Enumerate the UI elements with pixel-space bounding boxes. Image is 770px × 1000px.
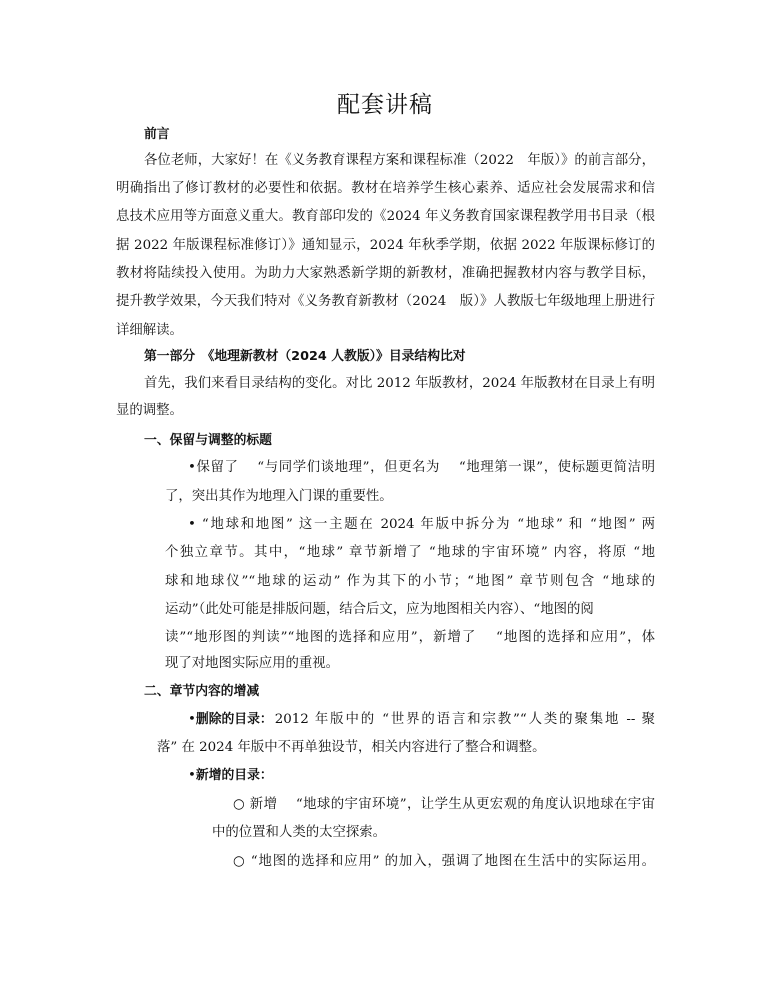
paragraph-line: 显的调整。 [116, 401, 183, 421]
paragraph-line: 息技术应用等方面意义重大。教育部印发的《2024 年义务教育国家课程教学用书目录… [116, 207, 655, 227]
document-page: 配套讲稿 前言 各位老师，大家好！在《义务教育课程方案和课程标准（2022 年版… [0, 0, 770, 1000]
paragraph-line: 首先，我们来看目录结构的变化。对比 2012 年版教材，2024 年版教材在目录… [144, 374, 655, 394]
nested-list-item-line: ○ “地图的选择和应用” 的加入，强调了地图在生活中的实际运用。 [233, 852, 655, 872]
paragraph-line: 据 2022 年版课程标准修订）》通知显示，2024 年秋季学期，依据 2022… [116, 236, 655, 256]
nested-list-item-line: 中的位置和人类的太空探索。 [212, 823, 386, 843]
list-item-line: 球和地球仪”“地球的运动” 作为其下的小节；“地图” 章节则包含 “地球的 [165, 572, 655, 592]
section1-heading: 一、保留与调整的标题 [144, 431, 272, 451]
list-item-line: 现了对地图实际应用的重视。 [165, 654, 339, 674]
list-item-line: • “地球和地图” 这一主题在 2024 年版中拆分为 “地球” 和 “地图” … [188, 515, 655, 535]
list-item-line: 落” 在 2024 年版中不再单独设节，相关内容进行了整合和调整。 [157, 738, 545, 758]
deleted-text: 2012 年版中的 “世界的语言和宗教”“人类的聚集地 -- 聚 [275, 710, 655, 730]
section2-heading: 二、章节内容的增减 [144, 682, 259, 702]
list-item-line: •保留了 “与同学们谈地理”，但更名为 “地理第一课”，使标题更简洁明 [188, 458, 655, 478]
paragraph-line: 教材将陆续投入使用。为助力大家熟悉新学期的新教材，准确把握教材内容与教学目标， [116, 264, 655, 284]
preface-heading: 前言 [144, 125, 170, 145]
bullet-icon: • [188, 710, 196, 730]
list-item-line: 读”“地形图的判读”“地图的选择和应用”，新增了 “地图的选择和应用”，体 [165, 628, 655, 648]
nested-list-item-line: ○ 新增 “地球的宇宙环境”，让学生从更宏观的角度认识地球在宇宙 [233, 795, 655, 815]
document-title: 配套讲稿 [0, 89, 770, 121]
added-label: 新增的目录： [196, 768, 273, 783]
paragraph-line: 详细解读。 [116, 321, 183, 341]
list-item-line: •新增的目录： [188, 766, 273, 786]
list-item-line: 了，突出其作为地理入门课的重要性。 [165, 487, 393, 507]
list-item-line: •删除的目录：2012 年版中的 “世界的语言和宗教”“人类的聚集地 -- 聚 [188, 710, 655, 730]
paragraph-line: 明确指出了修订教材的必要性和依据。教材在培养学生核心素养、适应社会发展需求和信 [116, 179, 655, 199]
paragraph-line: 各位老师，大家好！在《义务教育课程方案和课程标准（2022 年版）》的前言部分， [144, 151, 655, 171]
list-item-line: 个独立章节。其中，“地球” 章节新增了 “地球的宇宙环境” 内容，将原 “地 [165, 543, 655, 563]
bullet-icon: • [188, 768, 196, 783]
part1-heading: 第一部分 《地理新教材（2024 人教版）》目录结构比对 [144, 347, 466, 367]
list-item-line: 运动”（此处可能是排版问题，结合后文，应为地图相关内容）、“地图的阅 [165, 600, 594, 620]
deleted-label: 删除的目录： [196, 710, 273, 730]
paragraph-line: 提升教学效果，今天我们特对《义务教育新教材（2024 版）》人教版七年级地理上册… [116, 292, 655, 312]
